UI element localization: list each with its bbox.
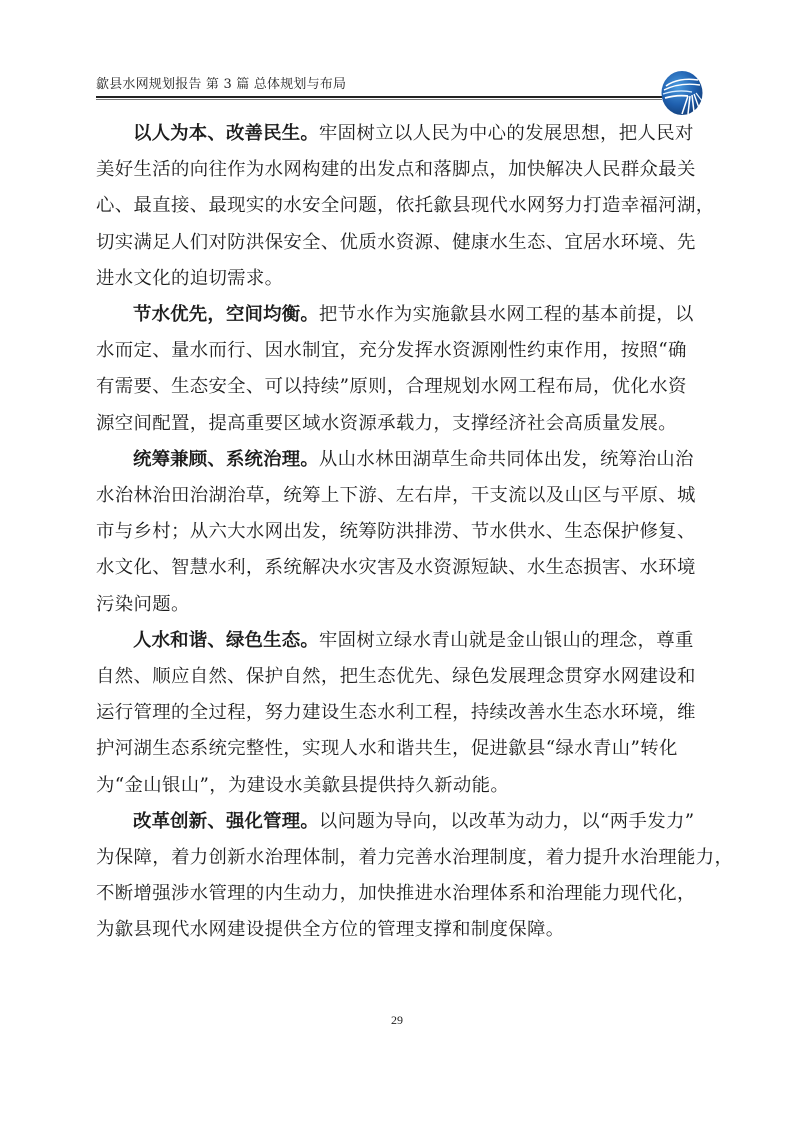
paragraph-text: 把节水作为实施歙县水网工程的基本前提，以 (319, 304, 694, 325)
paragraph-people-oriented: 以人为本、改善民生。牢固树立以人民为中心的发展思想，把人民对 美好生活的向往作为… (96, 116, 694, 297)
paragraph-text: 为歙县现代水网建设提供全方位的管理支撑和制度保障。 (96, 912, 694, 948)
paragraph-text: 护河湖生态系统完整性，实现人水和谐共生，促进歙县“绿水青山”转化 (96, 731, 694, 767)
paragraph-text: 牢固树立以人民为中心的发展思想，把人民对 (319, 123, 694, 144)
page-header: 歙县水网规划报告 第 3 篇 总体规划与布局 (96, 76, 656, 98)
paragraph-text: 不断增强涉水管理的内生动力，加快推进水治理体系和治理能力现代化， (96, 876, 694, 912)
paragraph-text: 源空间配置，提高重要区域水资源承载力，支撑经济社会高质量发展。 (96, 406, 694, 442)
paragraph-text: 为“金山银山”，为建设水美歙县提供持久新动能。 (96, 768, 694, 804)
paragraph-text: 进水文化的迫切需求。 (96, 261, 694, 297)
header-divider-thin (96, 99, 662, 100)
paragraph-lead: 改革创新、强化管理。 (133, 811, 319, 832)
paragraph-text: 从山水林田湖草生命共同体出发，统筹治山治 (319, 449, 694, 470)
paragraph-systematic-governance: 统筹兼顾、系统治理。从山水林田湖草生命共同体出发，统筹治山治 水治林治田治湖治草… (96, 442, 694, 623)
paragraph-text: 美好生活的向往作为水网构建的出发点和落脚点，加快解决人民群众最关 (96, 152, 694, 188)
paragraph-text: 牢固树立绿水青山就是金山银山的理念，尊重 (319, 630, 694, 651)
paragraph-text: 有需要、生态安全、可以持续”原则，合理规划水网工程布局，优化水资 (96, 369, 694, 405)
paragraph-text: 以问题为导向，以改革为动力，以“两手发力” (319, 811, 695, 832)
paragraph-reform-innovation: 改革创新、强化管理。以问题为导向，以改革为动力，以“两手发力” 为保障，着力创新… (96, 804, 694, 949)
page-number: 29 (0, 1013, 794, 1028)
document-body: 以人为本、改善民生。牢固树立以人民为中心的发展思想，把人民对 美好生活的向往作为… (96, 116, 694, 949)
water-network-logo-icon (660, 70, 704, 116)
paragraph-green-ecology: 人水和谐、绿色生态。牢固树立绿水青山就是金山银山的理念，尊重 自然、顺应自然、保… (96, 623, 694, 804)
paragraph-text: 污染问题。 (96, 587, 694, 623)
paragraph-text: 运行管理的全过程，努力建设生态水利工程，持续改善水生态水环境，维 (96, 695, 694, 731)
paragraph-water-saving: 节水优先，空间均衡。把节水作为实施歙县水网工程的基本前提，以 水而定、量水而行、… (96, 297, 694, 442)
paragraph-text: 为保障，着力创新水治理体制，着力完善水治理制度，着力提升水治理能力， (96, 840, 694, 876)
paragraph-text: 心、最直接、最现实的水安全问题，依托歙县现代水网努力打造幸福河湖， (96, 188, 694, 224)
paragraph-text: 水文化、智慧水利，系统解决水灾害及水资源短缺、水生态损害、水环境 (96, 550, 694, 586)
paragraph-lead: 人水和谐、绿色生态。 (133, 630, 319, 651)
paragraph-text: 水治林治田治湖治草，统筹上下游、左右岸，干支流以及山区与平原、城 (96, 478, 694, 514)
paragraph-lead: 以人为本、改善民生。 (133, 123, 319, 144)
paragraph-lead: 节水优先，空间均衡。 (133, 304, 319, 325)
paragraph-text: 切实满足人们对防洪保安全、优质水资源、健康水生态、宜居水环境、先 (96, 225, 694, 261)
paragraph-text: 市与乡村；从六大水网出发，统筹防洪排涝、节水供水、生态保护修复、 (96, 514, 694, 550)
header-title: 歙县水网规划报告 第 3 篇 总体规划与布局 (96, 76, 346, 94)
header-divider (96, 96, 662, 98)
paragraph-lead: 统筹兼顾、系统治理。 (133, 449, 319, 470)
paragraph-text: 自然、顺应自然、保护自然，把生态优先、绿色发展理念贯穿水网建设和 (96, 659, 694, 695)
paragraph-text: 水而定、量水而行、因水制宜，充分发挥水资源刚性约束作用，按照“确 (96, 333, 694, 369)
